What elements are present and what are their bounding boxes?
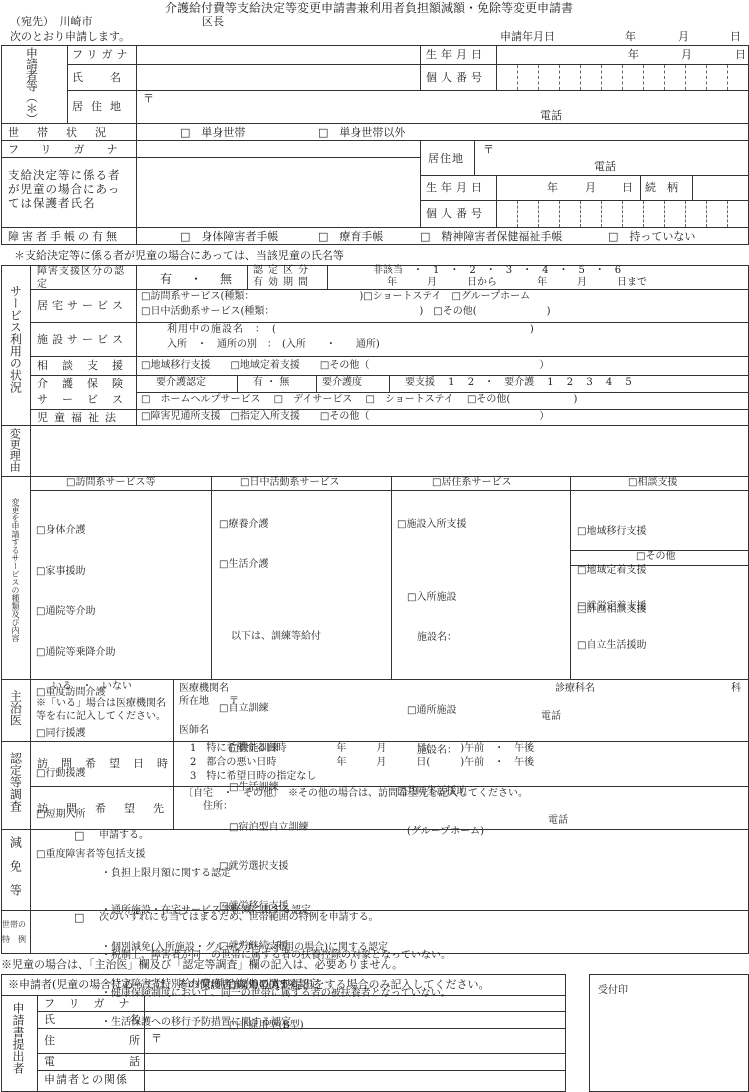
reduction-section-label: 減免等 <box>8 836 22 908</box>
facility-line1[interactable]: 利用中の施設名 ： ( ) <box>167 324 535 336</box>
reduction-apply: 申請する。 <box>99 830 149 842</box>
form-title: 介護給付費等支給決定等変更申請書兼利用者負担額減額・免除等変更申請書 <box>165 1 573 15</box>
visit-place-line1[interactable]: 〔自宅 ・ その他〕 ※その他の場合は、訪問希望先を記入してください。 <box>183 788 528 800</box>
visit-place-phone-label: 電話 <box>548 815 568 827</box>
address-label: 居住地 <box>72 100 129 113</box>
submitter-note: ※申請者(児童の場合にあっては、その保護者)以外の方が提出をする場合のみ記入して… <box>8 978 489 991</box>
reduction-item: ・負担上限月額に関する認定 <box>101 868 388 880</box>
visit-place-line2: 住所： <box>203 801 233 813</box>
ward-chief: 区長 <box>202 15 224 28</box>
kind-item[interactable]: □就労定着支援 <box>577 600 646 613</box>
doctor-section-label: 主治医 <box>8 690 22 726</box>
doctor-name-label: 医師名 <box>179 725 209 737</box>
household-exception-apply: 次のいずれにも当てはまるため、世帯範囲の特例を申請する。 <box>99 912 379 924</box>
submitter-relation-input[interactable] <box>145 1071 565 1091</box>
household-label: 世帯状況 <box>8 126 124 139</box>
location-label: 所在地 〒 <box>179 696 239 708</box>
submitter-name-input[interactable] <box>145 1012 565 1027</box>
kind-header-residential[interactable]: □居住系サービス <box>432 477 511 489</box>
home-service-line2[interactable]: □日中活動系サービス(種類： ) □その他( ) <box>141 306 551 318</box>
visit-time-option-2[interactable]: 2 都合の悪い日時 年 月 日( )午前 ・ 午後 <box>190 757 534 769</box>
facility-line2[interactable]: 入所 ・ 通所の別 ： (入所 ・ 通所) <box>167 339 380 351</box>
kind-item[interactable]: □生活介護 <box>219 558 321 571</box>
cert-classes[interactable]: 非該当 ・ 1 ・ 2 ・ 3 ・ 4 ・ 5 ・ 6 <box>373 265 621 277</box>
submitter-relation-label: 申請者との関係 <box>44 1073 128 1086</box>
guardian-address-label: 居住地 <box>428 152 464 165</box>
submitter-furigana-label: フリガナ <box>44 997 143 1010</box>
doctor-note: ※児童の場合は、「主治医」欄及び「認定等調査」欄の記入は、必要ありません。 <box>1 958 403 971</box>
kind-header-visit[interactable]: □訪問系サービス等 <box>66 477 155 489</box>
child-welfare-options[interactable]: □障害児通所支援 □指定入所支援 □その他（ ） <box>141 411 549 423</box>
relation-label: 続 柄 <box>645 181 678 194</box>
intro-text: 次のとおり申請します。 <box>10 30 130 43</box>
change-reason-label: 変更理由 <box>8 428 21 472</box>
application-month: 月 <box>678 30 689 43</box>
guardian-postal-mark: 〒 <box>483 143 494 156</box>
birth-month: 月 <box>681 48 692 61</box>
visit-time-label: 訪問希望日時 <box>37 757 181 770</box>
kind-list-other: □就労定着支援 □自立生活援助 <box>577 574 646 665</box>
household-exception-label-2: 特 例 <box>2 935 26 945</box>
kind-item[interactable]: □身体介護 <box>36 524 145 538</box>
survey-section-label: 認定等調査 <box>8 752 22 812</box>
doctor-phone-label: 電話 <box>541 711 561 723</box>
birth-day: 日 <box>735 48 746 61</box>
department-suffix: 科 <box>731 683 741 695</box>
guardian-birth-month: 月 <box>585 181 596 194</box>
handbook-mental[interactable]: □ 精神障害者保健福祉手帳 <box>420 230 562 243</box>
guardian-birth-day: 日 <box>622 181 633 194</box>
application-year: 年 <box>625 30 636 43</box>
address-input[interactable] <box>150 91 740 121</box>
service-usage-section-label: サービス利用の状況 <box>8 285 22 393</box>
birth-year: 年 <box>628 48 639 61</box>
kind-item[interactable]: □入所施設 <box>397 591 484 605</box>
name-input[interactable] <box>137 65 419 89</box>
household-single[interactable]: □ 単身世帯 <box>180 126 245 139</box>
visit-time-option-3[interactable]: 3 特に希望日時の指定なし <box>190 771 316 783</box>
guardian-personal-number-label: 個人番号 <box>426 207 486 220</box>
name-label: 氏 名 <box>72 71 129 84</box>
handbook-rehab[interactable]: □ 療育手帳 <box>318 230 383 243</box>
birthdate-label: 生年月日 <box>426 48 486 61</box>
department-label: 診療科名 <box>555 683 595 695</box>
household-multi[interactable]: □ 単身世帯以外 <box>318 126 405 139</box>
ltc-services[interactable]: □ ホームヘルプサービス □ デイサービス □ ショートステイ □その他( ) <box>141 394 577 406</box>
disability-class-text: 障害支援区分の認定 <box>37 265 133 291</box>
handbook-none[interactable]: □ 持っていない <box>608 230 695 243</box>
visit-time-option-1[interactable]: 1 特に希望する日時 年 月 日( )午前 ・ 午後 <box>190 743 534 755</box>
kind-item[interactable]: □通院等介助 <box>36 605 145 619</box>
addressee: （宛先） 川崎市 <box>10 15 93 28</box>
consult-options[interactable]: □地域移行支援 □地域定着支援 □その他（ ） <box>141 360 549 372</box>
guardian-birth-year: 年 <box>547 181 558 194</box>
reduction-checkbox[interactable]: □ <box>74 829 84 842</box>
ltc-levels[interactable]: 要支援 1 2 ・ 要介護 1 2 3 4 5 <box>405 377 632 389</box>
submitter-address-input[interactable] <box>160 1029 565 1052</box>
kind-header-consult[interactable]: □相談支援 <box>628 477 677 489</box>
disability-class-value[interactable]: 有 ・ 無 <box>160 272 235 286</box>
furigana-label: フリガナ <box>72 48 131 61</box>
kind-note: 以下は、訓練等給付 <box>219 630 321 643</box>
applicant-section-label: 申請者等（＊） <box>24 47 38 124</box>
kind-header-other[interactable]: □その他 <box>636 551 675 563</box>
kind-item[interactable]: □地域移行支援 <box>577 525 646 538</box>
consult-label: 相談支援 <box>37 359 137 372</box>
guardian-birthdate-label: 生年月日 <box>426 181 486 194</box>
application-date-label: 申請年月日 <box>500 30 555 43</box>
home-service-line1[interactable]: □訪問系サービス(種類： )□ショートステイ □グループホーム <box>141 291 530 303</box>
ltc-label-2: サービス <box>37 393 137 406</box>
disability-class-label: 障害支援区分の認定 <box>37 265 133 291</box>
kind-item[interactable]: □通院等乗降介助 <box>36 646 145 660</box>
submitter-furigana-input[interactable] <box>145 996 565 1010</box>
personal-number-label: 個人番号 <box>426 71 486 84</box>
cert-class-label: 認定区分 <box>253 265 313 277</box>
kind-item[interactable]: □施設入所支援 <box>397 518 484 532</box>
valid-period-label: 有効期間 <box>253 277 313 289</box>
guardian-name-label: 支給決定等に係る者が児童の場合にあっては保護者氏名 <box>8 168 132 210</box>
submitter-phone-input[interactable] <box>145 1054 565 1069</box>
kind-item[interactable]: □自立生活援助 <box>577 639 646 652</box>
ltc-cert-label: 要介護認定 <box>156 377 206 389</box>
doctor-instruction: ※「いる」場合は医療機関名等を右に記入してください。 <box>36 697 170 723</box>
application-day: 日 <box>730 30 741 43</box>
household-exception-checkbox[interactable]: □ <box>74 911 84 924</box>
valid-period[interactable]: 年 月 日から 年 月 日まで <box>387 277 647 289</box>
phone-label: 電話 <box>540 109 562 122</box>
kind-header-daytime[interactable]: □日中活動系サービス <box>240 477 339 489</box>
receipt-label: 受付印 <box>598 985 628 997</box>
change-reason-input[interactable] <box>31 426 748 476</box>
handbook-physical[interactable]: □ 身体障害者手帳 <box>180 230 278 243</box>
kind-item[interactable]: □療養介護 <box>219 518 321 531</box>
visit-place-label: 訪問希望先 <box>37 802 182 815</box>
kind-item[interactable]: □家事援助 <box>36 565 145 579</box>
doctor-presence[interactable]: いる ・ いない <box>52 681 132 693</box>
personal-number-input[interactable] <box>497 65 748 89</box>
submitter-section-label: 申請書提出者 <box>12 1002 24 1074</box>
furigana-input[interactable] <box>137 46 419 63</box>
kind-field: 施設名： <box>397 631 484 645</box>
facility-service-label: 施設サービス <box>37 333 127 346</box>
handbook-label: 障害者手帳の有無 <box>8 230 120 243</box>
guardian-phone-label: 電話 <box>594 160 616 173</box>
ltc-label-1: 介護保険 <box>37 377 137 390</box>
service-kinds-section-label: 変更を申請するサービスの種類及び内容 <box>10 498 20 642</box>
child-note: ＊支給決定等に係る者が児童の場合にあっては、当該児童の氏名等 <box>14 249 344 262</box>
household-exception-label-1: 世帯の <box>2 920 26 930</box>
guardian-furigana-label: フリガナ <box>8 143 139 156</box>
guardian-name-input[interactable] <box>137 158 419 226</box>
institution-label: 医療機関名 <box>179 683 229 695</box>
child-welfare-label: 児童福祉法 <box>37 411 122 424</box>
ltc-level-label: 要介護度 <box>322 377 362 389</box>
home-service-label: 居宅サービス <box>37 299 127 312</box>
ltc-cert-value[interactable]: 有 ・ 無 <box>253 377 289 389</box>
